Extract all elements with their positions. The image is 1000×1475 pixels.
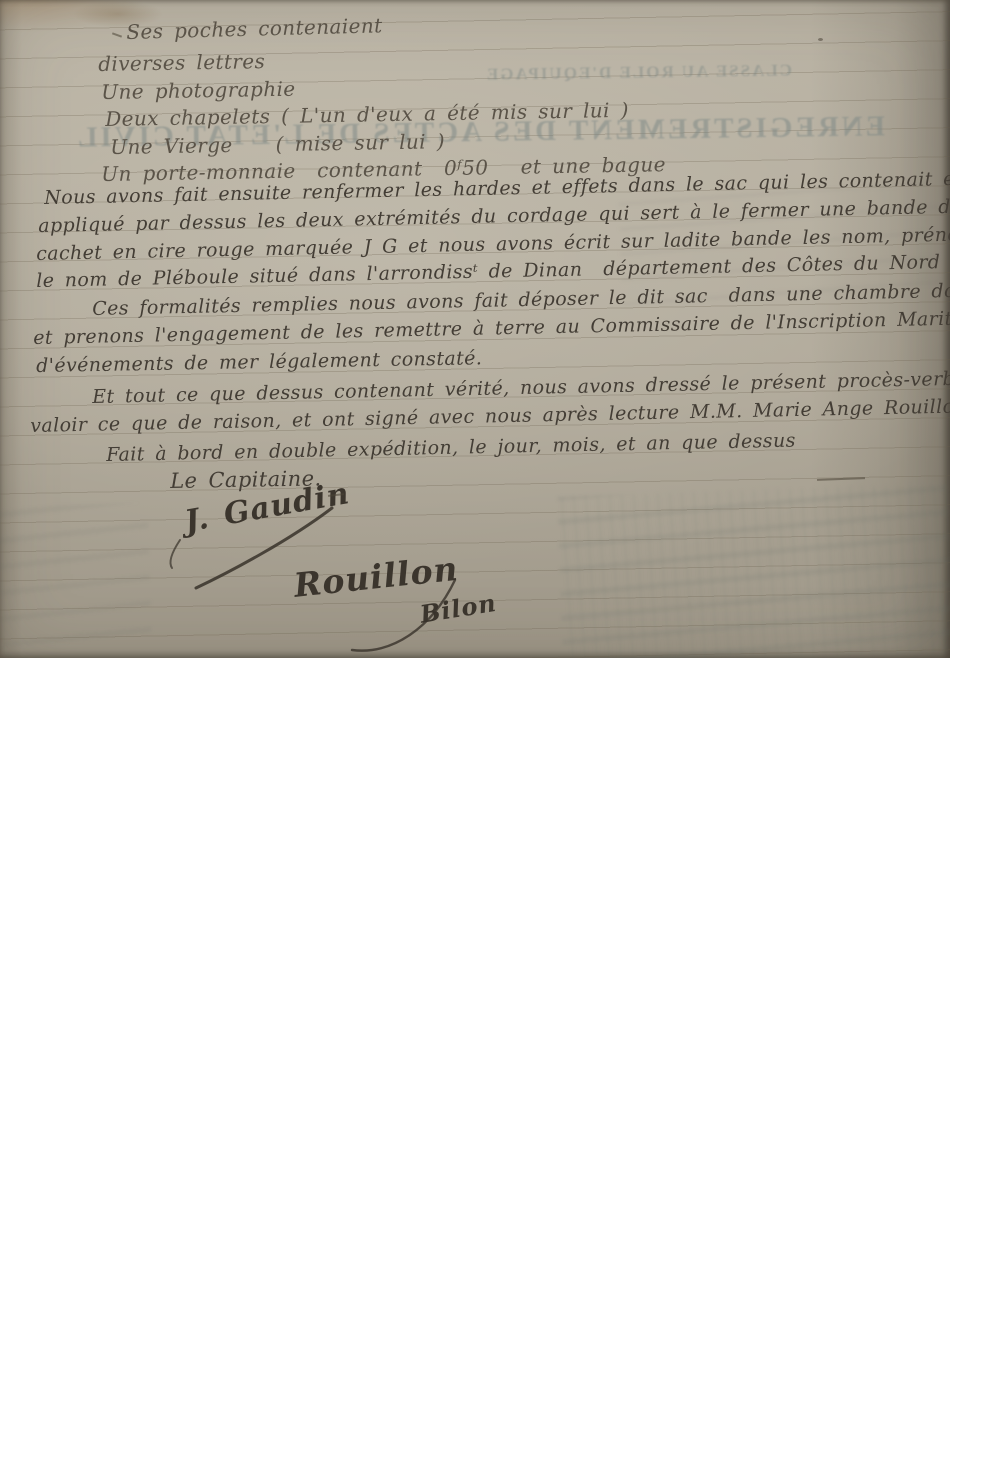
document-photo: CLASSE AU ROLE D'EQUIPAGE ENREGISTREMENT… — [0, 0, 950, 658]
signature-flourishes — [0, 0, 950, 658]
ink-dot — [818, 38, 823, 41]
